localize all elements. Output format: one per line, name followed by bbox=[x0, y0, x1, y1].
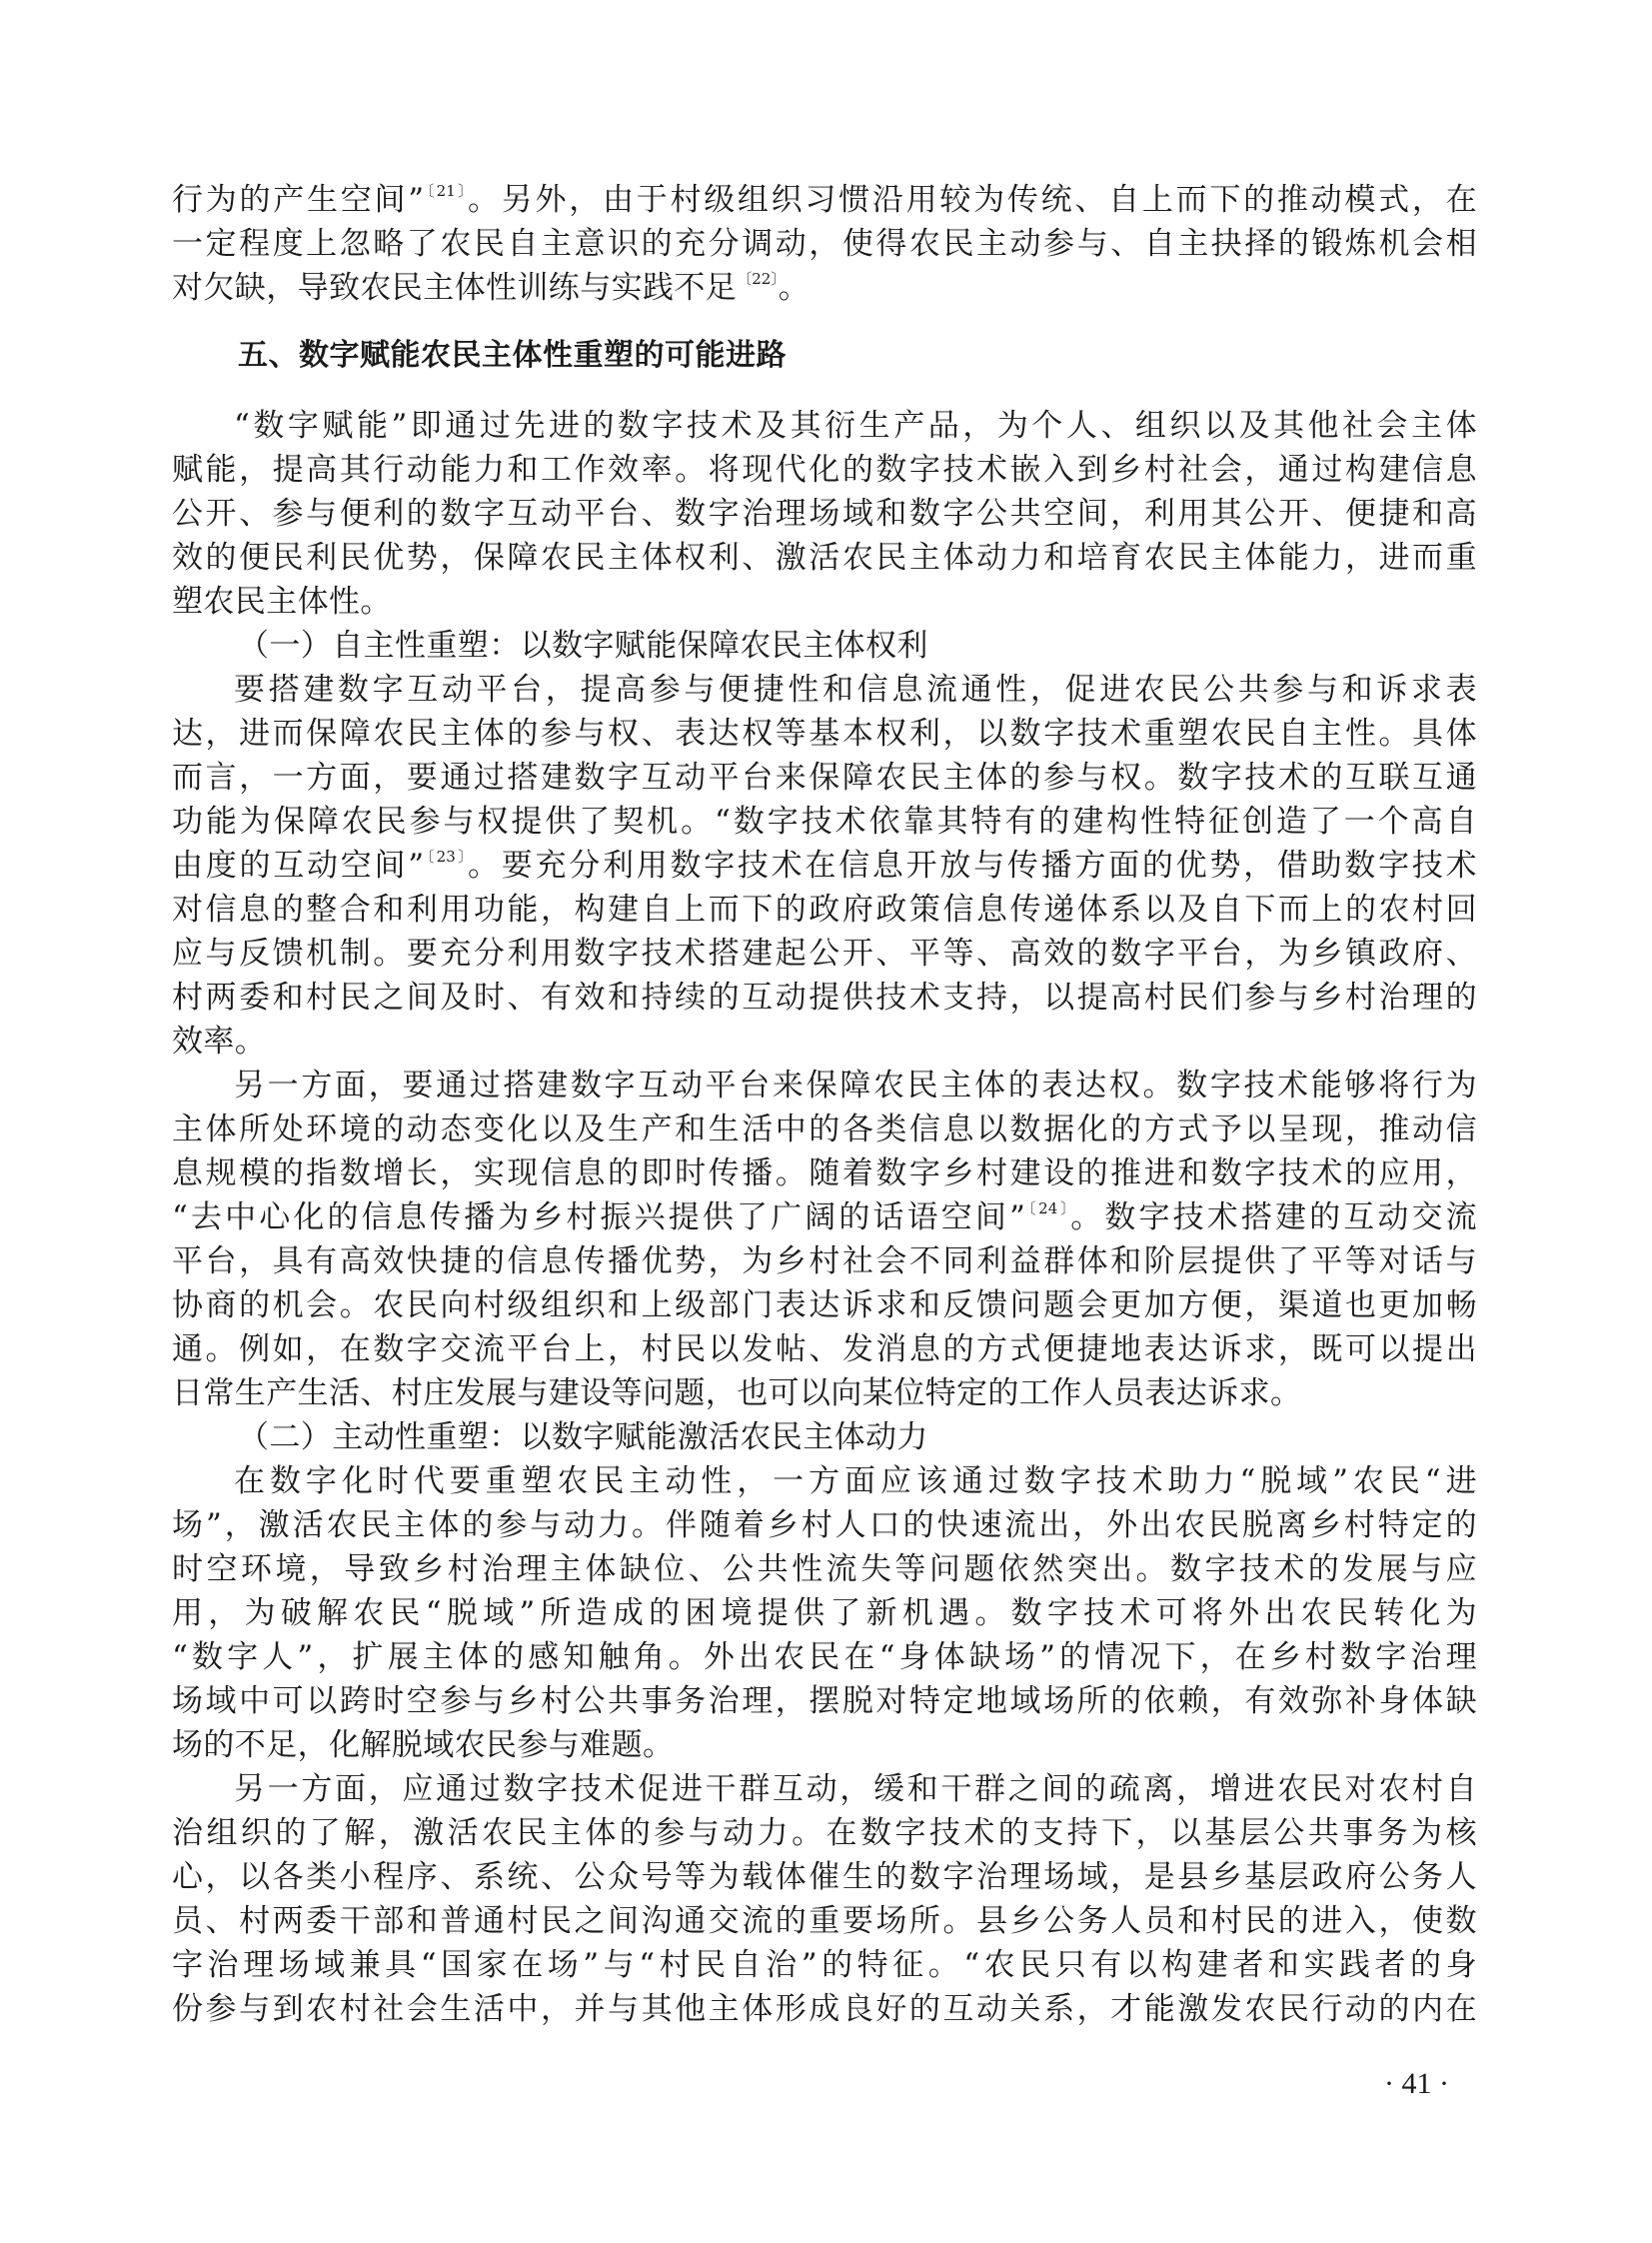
text-line: 场”，激活农民主体的参与动力。伴随着乡村人口的快速流出，外出农民脱离乡村特定的 bbox=[172, 1503, 1477, 1547]
citation-22: 〔22〕 bbox=[737, 270, 779, 288]
paragraph-cadre-interaction: 另一方面，应通过数字技术促进干群互动，缓和干群之间的疏离，增进农民对农村自 治组… bbox=[172, 1767, 1477, 2031]
citation-23: 〔23〕 bbox=[424, 848, 467, 866]
text-line: 效率。 bbox=[172, 1020, 1477, 1064]
citation-21: 〔21〕 bbox=[424, 182, 467, 200]
text-line: 赋能，提高其行动能力和工作效率。将现代化的数字技术嵌入到乡村社会，通过构建信息 bbox=[172, 448, 1477, 492]
text-line: 用，为破解农民“脱域”所造成的困境提供了新机遇。数字技术可将外出农民转化为 bbox=[172, 1591, 1477, 1635]
text-line: 主体所处环境的动态变化以及生产和生活中的各类信息以数据化的方式予以呈现，推动信 bbox=[172, 1108, 1477, 1151]
document-body: 行为的产生空间”〔21〕。另外，由于村级组织习惯沿用较为传统、自上而下的推动模式… bbox=[172, 178, 1477, 2031]
text-line: 场的不足，化解脱域农民参与难题。 bbox=[172, 1723, 1477, 1767]
paragraph-digital-empowerment: “数字赋能”即通过先进的数字技术及其衍生产品，为个人、组织以及其他社会主体 赋能… bbox=[172, 404, 1477, 624]
text-line: 功能为保障农民参与权提供了契机。“数字技术依靠其特有的建构性特征创造了一个高自 bbox=[172, 800, 1477, 844]
text-line: “数字赋能”即通过先进的数字技术及其衍生产品，为个人、组织以及其他社会主体 bbox=[172, 404, 1477, 448]
text-line: 治组织的了解，激活农民主体的参与动力。在数字技术的支持下，以基层公共事务为核 bbox=[172, 1811, 1477, 1855]
paragraph-initiative: 在数字化时代要重塑农民主动性，一方面应该通过数字技术助力“脱域”农民“进 场”，… bbox=[172, 1459, 1477, 1767]
text-line: 塑农民主体性。 bbox=[172, 580, 1477, 624]
paragraph-expression-right: 另一方面，要通过搭建数字互动平台来保障农民主体的表达权。数字技术能够将行为 主体… bbox=[172, 1064, 1477, 1415]
text-line: 行为的产生空间”〔21〕。另外，由于村级组织习惯沿用较为传统、自上而下的推动模式… bbox=[172, 178, 1477, 222]
text-line: 平台，具有高效快捷的信息传播优势，为乡村社会不同利益群体和阶层提供了平等对话与 bbox=[172, 1239, 1477, 1283]
subsection-heading-2: （二）主动性重塑：以数字赋能激活农民主体动力 bbox=[172, 1415, 1477, 1459]
text-line: 另一方面，要通过搭建数字互动平台来保障农民主体的表达权。数字技术能够将行为 bbox=[172, 1064, 1477, 1108]
text-line: 达，进而保障农民主体的参与权、表达权等基本权利，以数字技术重塑农民自主性。具体 bbox=[172, 712, 1477, 756]
text-line: 日常生产生活、村庄发展与建设等问题，也可以向某位特定的工作人员表达诉求。 bbox=[172, 1371, 1477, 1415]
text-line: 场域中可以跨时空参与乡村公共事务治理，摆脱对特定地域场所的依赖，有效弥补身体缺 bbox=[172, 1679, 1477, 1723]
text-line: 份参与到农村社会生活中，并与其他主体形成良好的互动关系，才能激发农民行动的内在 bbox=[172, 1987, 1477, 2031]
text-line: 要搭建数字互动平台，提高参与便捷性和信息流通性，促进农民公共参与和诉求表 bbox=[172, 668, 1477, 712]
text-line: 字治理场域兼具“国家在场”与“村民自治”的特征。“农民只有以构建者和实践者的身 bbox=[172, 1943, 1477, 1987]
text-line: 心，以各类小程序、系统、公众号等为载体催生的数字治理场域，是县乡基层政府公务人 bbox=[172, 1855, 1477, 1899]
paragraph-continuation: 行为的产生空间”〔21〕。另外，由于村级组织习惯沿用较为传统、自上而下的推动模式… bbox=[172, 178, 1477, 310]
text-line: 村两委和村民之间及时、有效和持续的互动提供技术支持，以提高村民们参与乡村治理的 bbox=[172, 976, 1477, 1020]
text-line: 效的便民利民优势，保障农民主体权利、激活农民主体动力和培育农民主体能力，进而重 bbox=[172, 536, 1477, 580]
text-line: 对信息的整合和利用功能，构建自上而下的政府政策信息传递体系以及自下而上的农村回 bbox=[172, 888, 1477, 932]
text-line: 息规模的指数增长，实现信息的即时传播。随着数字乡村建设的推进和数字技术的应用， bbox=[172, 1151, 1477, 1195]
text-line: “去中心化的信息传播为乡村振兴提供了广阔的话语空间”〔24〕。数字技术搭建的互动… bbox=[172, 1195, 1477, 1239]
text-line: 对欠缺，导致农民主体性训练与实践不足〔22〕。 bbox=[172, 266, 1477, 310]
text-line: 协商的机会。农民向村级组织和上级部门表达诉求和反馈问题会更加方便，渠道也更加畅 bbox=[172, 1283, 1477, 1327]
text-line: 在数字化时代要重塑农民主动性，一方面应该通过数字技术助力“脱域”农民“进 bbox=[172, 1459, 1477, 1503]
text-line: 员、村两委干部和普通村民之间沟通交流的重要场所。县乡公务人员和村民的进入，使数 bbox=[172, 1899, 1477, 1943]
text-line: 公开、参与便利的数字互动平台、数字治理场域和数字公共空间，利用其公开、便捷和高 bbox=[172, 492, 1477, 536]
paragraph-autonomy: 要搭建数字互动平台，提高参与便捷性和信息流通性，促进农民公共参与和诉求表 达，进… bbox=[172, 668, 1477, 1064]
subsection-heading-1: （一）自主性重塑：以数字赋能保障农民主体权利 bbox=[172, 624, 1477, 668]
text-line: 一定程度上忽略了农民自主意识的充分调动，使得农民主动参与、自主抉择的锻炼机会相 bbox=[172, 222, 1477, 266]
text-line: 由度的互动空间”〔23〕。要充分利用数字技术在信息开放与传播方面的优势，借助数字… bbox=[172, 844, 1477, 888]
text-line: 时空环境，导致乡村治理主体缺位、公共性流失等问题依然突出。数字技术的发展与应 bbox=[172, 1547, 1477, 1591]
text-line: 而言，一方面，要通过搭建数字互动平台来保障农民主体的参与权。数字技术的互联互通 bbox=[172, 756, 1477, 800]
text-line: “数字人”，扩展主体的感知触角。外出农民在“身体缺场”的情况下，在乡村数字治理 bbox=[172, 1635, 1477, 1679]
text-line: 应与反馈机制。要充分利用数字技术搭建起公开、平等、高效的数字平台，为乡镇政府、 bbox=[172, 932, 1477, 976]
section-heading: 五、数字赋能农民主体性重塑的可能进路 bbox=[172, 334, 1477, 378]
citation-24: 〔24〕 bbox=[1025, 1199, 1070, 1217]
text-line: 另一方面，应通过数字技术促进干群互动，缓和干群之间的疏离，增进农民对农村自 bbox=[172, 1767, 1477, 1811]
text-line: 通。例如，在数字交流平台上，村民以发帖、发消息的方式便捷地表达诉求，既可以提出 bbox=[172, 1327, 1477, 1371]
page-number: · 41 · bbox=[1384, 2067, 1449, 2101]
